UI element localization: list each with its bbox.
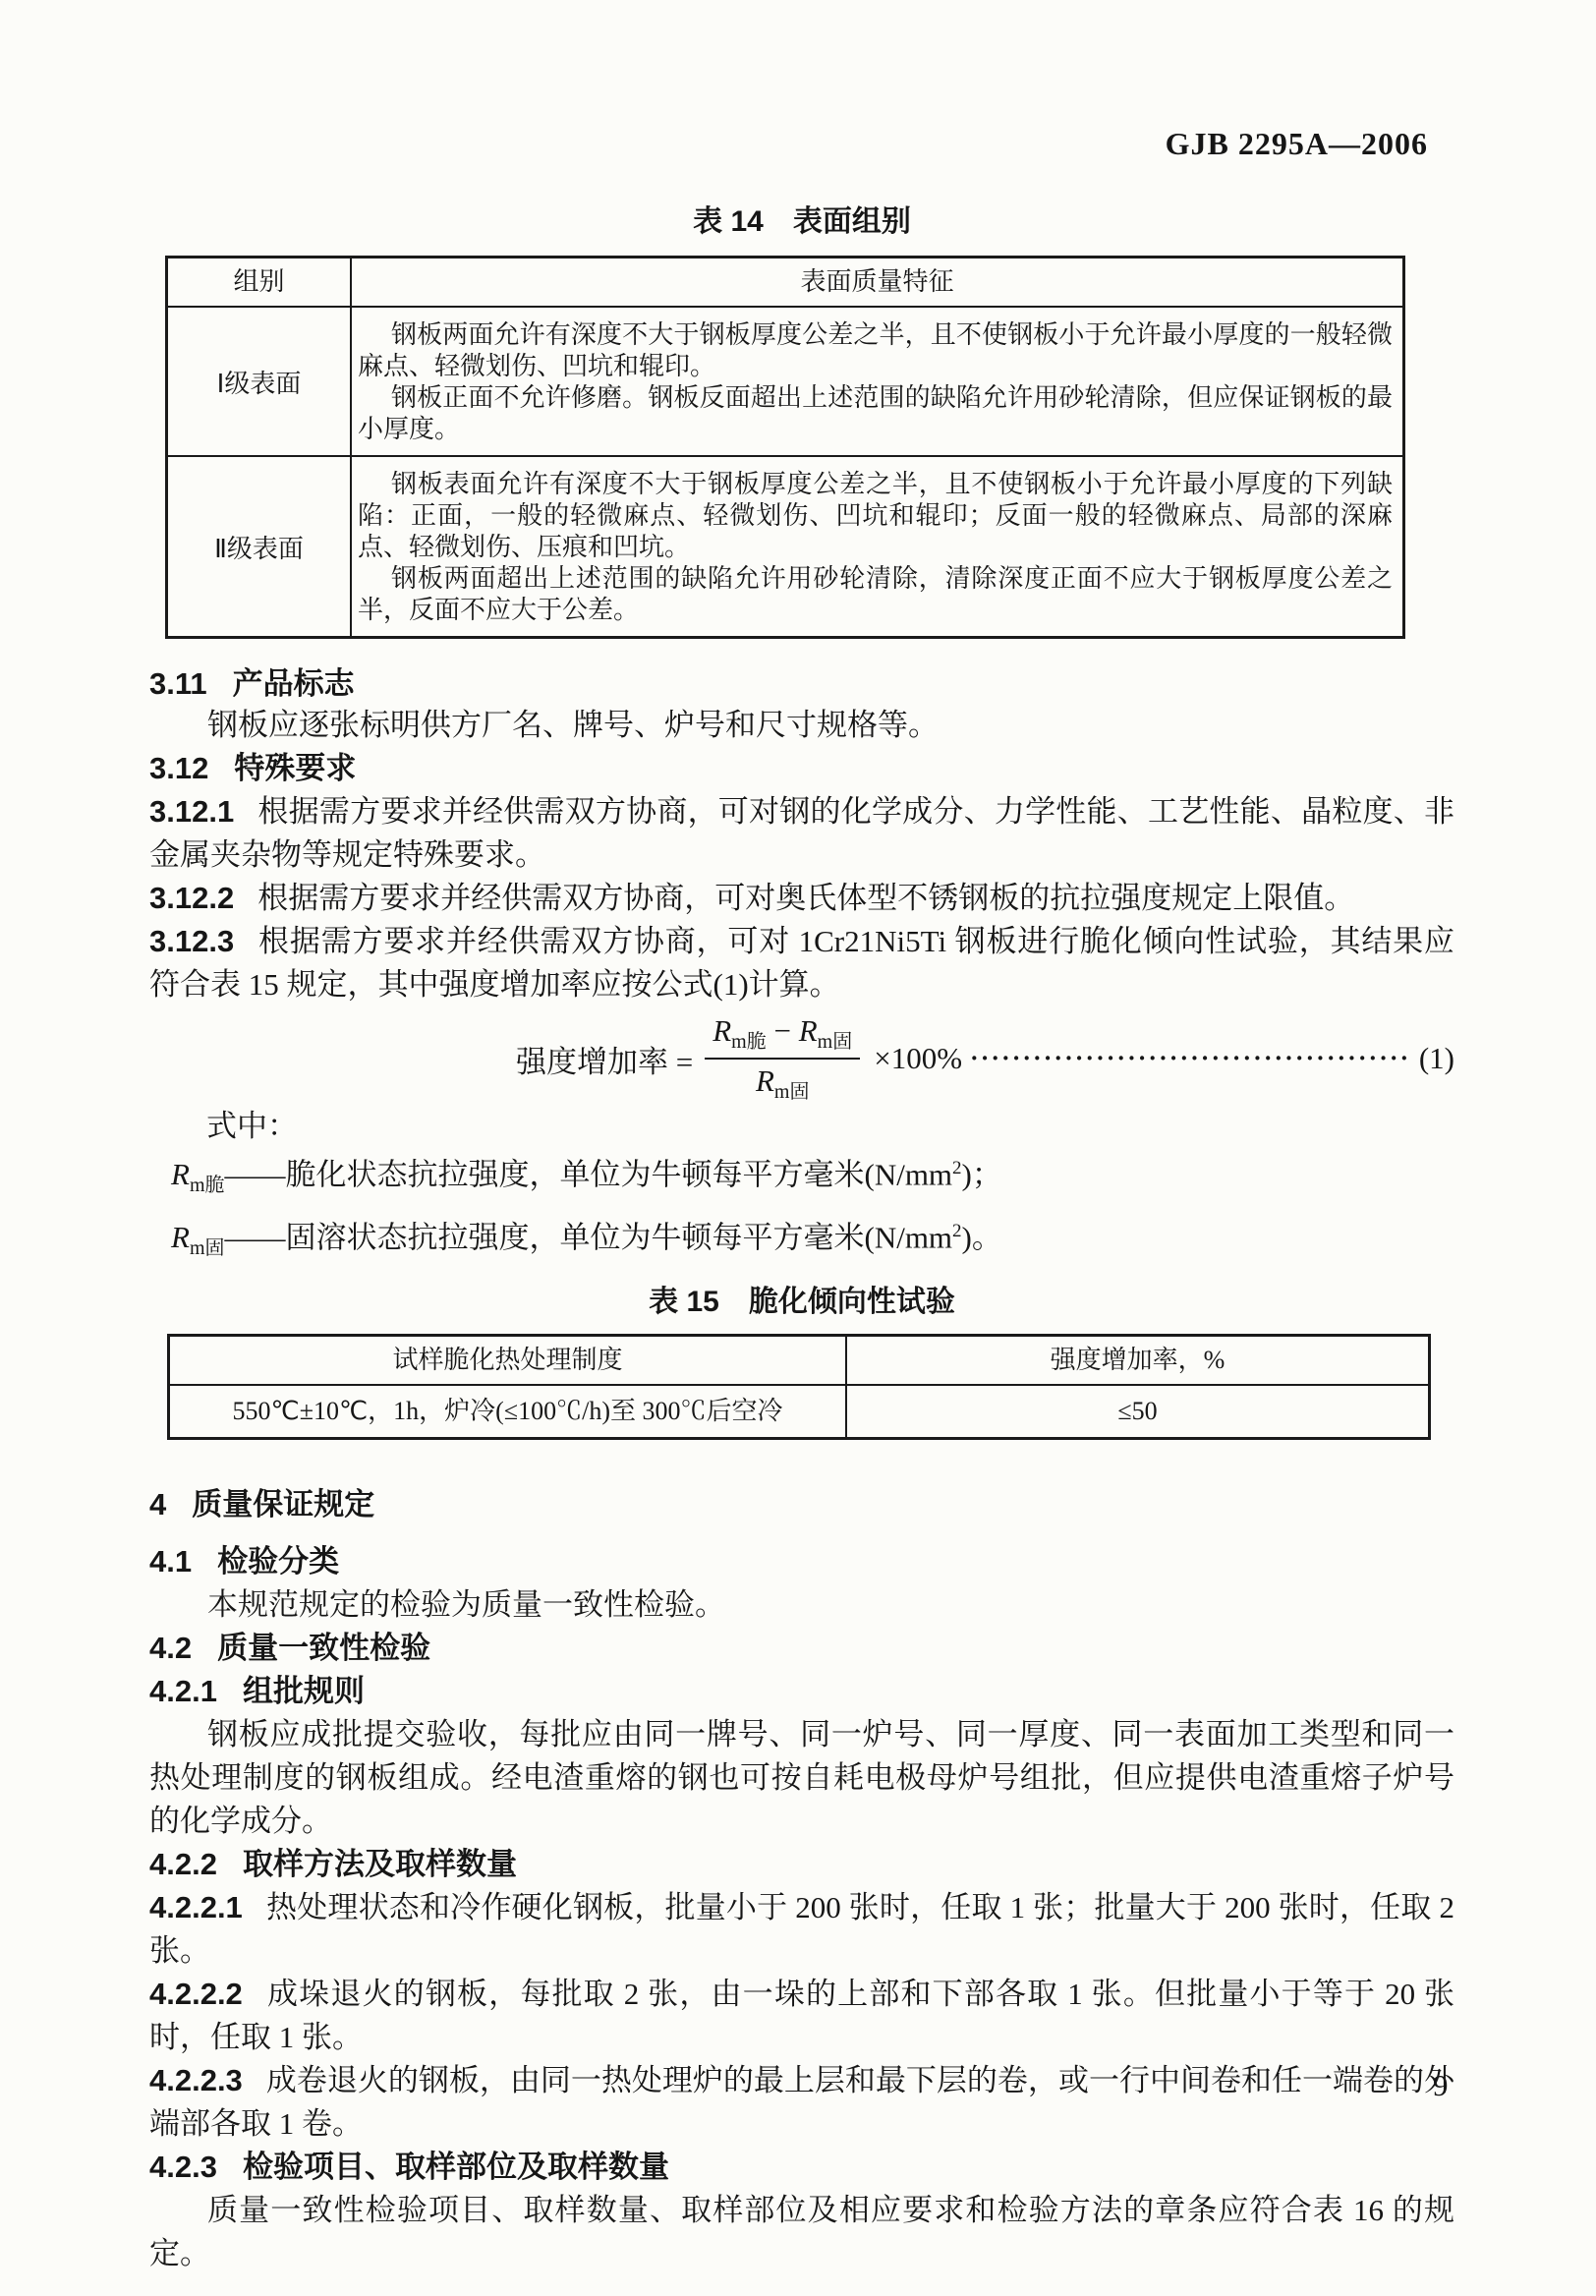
paragraph-4-1: 本规范规定的检验为质量一致性检验。 xyxy=(149,1583,1454,1627)
table14-row1-group: Ⅰ级表面 xyxy=(167,307,352,456)
heading-4-2-2: 4.2.2取样方法及取样数量 xyxy=(149,1843,1454,1886)
formula-strength-increase-rate: 强度增加率 = Rm脆 − Rm固 Rm固 ×100% ············… xyxy=(516,1014,1454,1103)
document-page: GJB 2295A—2006 表 14 表面组别 组别 表面质量特征 Ⅰ级表面 … xyxy=(0,0,1596,2296)
heading-title: 质量保证规定 xyxy=(192,1487,374,1521)
table14-header-row: 组别 表面质量特征 xyxy=(167,258,1404,308)
formula-lhs: 强度增加率 = xyxy=(516,1037,693,1081)
paragraph-text: 成垛退火的钢板，每批取 2 张，由一垛的上部和下部各取 1 张。但批量小于等于 … xyxy=(149,1977,1454,2054)
where-definition-2: Rm固——固溶状态抗拉强度，单位为牛顿每平方毫米(N/mm2)。 xyxy=(171,1209,1454,1272)
paragraph-4-2-3: 质量一致性检验项目、取样数量、取样部位及相应要求和检验方法的章条应符合表 16 … xyxy=(149,2189,1454,2275)
heading-number: 3.11 xyxy=(149,666,207,701)
symbol-subscript: m脆 xyxy=(190,1176,225,1197)
table-row: 550℃±10℃，1h，炉冷(≤100℃/h)至 300℃后空冷 ≤50 xyxy=(169,1385,1430,1439)
paragraph-4-2-1: 钢板应成批提交验收，每批应由同一牌号、同一炉号、同一厚度、同一表面加工类型和同一… xyxy=(149,1713,1454,1843)
formula-fraction: Rm脆 − Rm固 Rm固 xyxy=(705,1013,860,1104)
table14-row1-paragraph2: 钢板正面不允许修磨。钢板反面超出上述范围的缺陷允许用砂轮清除，但应保证钢板的最小… xyxy=(358,382,1393,445)
heading-4: 4质量保证规定 xyxy=(149,1485,1454,1524)
table14-row2-paragraph1: 钢板表面允许有深度不大于钢板厚度公差之半，且不使钢板小于允许最小厚度的下列缺陷：… xyxy=(358,469,1393,563)
heading-4-1: 4.1检验分类 xyxy=(149,1540,1454,1583)
definition-tail: )； xyxy=(962,1157,1002,1191)
table15-row-regime: 550℃±10℃，1h，炉冷(≤100℃/h)至 300℃后空冷 xyxy=(169,1385,847,1439)
heading-title: 产品标志 xyxy=(233,666,355,701)
definition-tail: )。 xyxy=(962,1220,1002,1254)
minus-sign: − xyxy=(773,1013,790,1048)
paragraph-number: 4.2.2.2 xyxy=(149,1977,243,2011)
heading-title: 取样方法及取样数量 xyxy=(243,1847,517,1881)
heading-number: 4.2.2 xyxy=(149,1847,217,1881)
symbol-subscript: m脆 xyxy=(731,1031,767,1053)
paragraph-number: 3.12.3 xyxy=(149,924,234,958)
table14-row2-group: Ⅱ级表面 xyxy=(167,456,352,638)
table14-header-group: 组别 xyxy=(167,258,352,308)
page-number: 9 xyxy=(1433,2066,1449,2105)
paragraph-4-2-2-3: 4.2.2.3成卷退火的钢板，由同一热处理炉的最上层和最下层的卷，或一行中间卷和… xyxy=(149,2059,1454,2146)
definition-dash: —— xyxy=(225,1157,286,1191)
table15-row-value: ≤50 xyxy=(846,1385,1430,1439)
heading-4-2-3: 4.2.3检验项目、取样部位及取样数量 xyxy=(149,2146,1454,2189)
symbol-subscript: m固 xyxy=(190,1237,225,1259)
heading-4-2-1: 4.2.1组批规则 xyxy=(149,1670,1454,1713)
definition-dash: —— xyxy=(225,1220,286,1254)
heading-number: 4 xyxy=(149,1487,166,1521)
where-label: 式中： xyxy=(206,1107,1454,1146)
heading-title: 检验项目、取样部位及取样数量 xyxy=(243,2150,669,2184)
heading-number: 4.2.1 xyxy=(149,1674,217,1708)
paragraph-3-12-2: 3.12.2根据需方要求并经供需双方协商，可对奥氏体型不锈钢板的抗拉强度规定上限… xyxy=(149,877,1454,920)
table15-header-rate: 强度增加率，% xyxy=(846,1336,1430,1386)
heading-3-11: 3.11产品标志 xyxy=(149,664,1454,704)
paragraph-text: 根据需方要求并经供需双方协商，可对奥氏体型不锈钢板的抗拉强度规定上限值。 xyxy=(257,881,1354,915)
table14: 组别 表面质量特征 Ⅰ级表面 钢板两面允许有深度不大于钢板厚度公差之半，且不使钢… xyxy=(165,256,1405,639)
table14-row2-feature: 钢板表面允许有深度不大于钢板厚度公差之半，且不使钢板小于允许最小厚度的下列缺陷：… xyxy=(351,456,1404,638)
paragraph-4-2-2-1: 4.2.2.1热处理状态和冷作硬化钢板，批量小于 200 张时，任取 1 张；批… xyxy=(149,1886,1454,1973)
paragraph-text: 热处理状态和冷作硬化钢板，批量小于 200 张时，任取 1 张；批量大于 200… xyxy=(149,1890,1454,1968)
superscript-2: 2 xyxy=(952,1221,962,1241)
table14-row1-feature: 钢板两面允许有深度不大于钢板厚度公差之半，且不使钢板小于允许最小厚度的一般轻微麻… xyxy=(351,307,1404,456)
table15-title: 表 15 脆化倾向性试验 xyxy=(149,1285,1454,1320)
heading-number: 4.2 xyxy=(149,1631,192,1665)
table15-header-row: 试样脆化热处理制度 强度增加率，% xyxy=(169,1336,1430,1386)
formula-multiplier: ×100% xyxy=(874,1041,962,1076)
symbol-R: R xyxy=(171,1220,190,1254)
table15-header-regime: 试样脆化热处理制度 xyxy=(169,1336,847,1386)
paragraph-4-2-2-2: 4.2.2.2成垛退火的钢板，每批取 2 张，由一垛的上部和下部各取 1 张。但… xyxy=(149,1973,1454,2059)
superscript-2: 2 xyxy=(952,1158,962,1178)
definition-text: 固溶状态抗拉强度，单位为牛顿每平方毫米(N/mm xyxy=(286,1220,953,1254)
table14-header-feature: 表面质量特征 xyxy=(351,258,1404,308)
leader-dots: ········································… xyxy=(970,1044,1411,1073)
heading-4-2: 4.2质量一致性检验 xyxy=(149,1627,1454,1670)
definition-text: 脆化状态抗拉强度，单位为牛顿每平方毫米(N/mm xyxy=(286,1157,953,1191)
heading-title: 组批规则 xyxy=(243,1674,365,1708)
paragraph-3-12-3: 3.12.3根据需方要求并经供需双方协商，可对 1Cr21Ni5Ti 钢板进行脆… xyxy=(149,920,1454,1006)
heading-title: 质量一致性检验 xyxy=(217,1631,430,1665)
equation-number: (1) xyxy=(1419,1041,1454,1076)
paragraph-3-12-1: 3.12.1根据需方要求并经供需双方协商，可对钢的化学成分、力学性能、工艺性能、… xyxy=(149,790,1454,877)
formula-denominator: Rm固 xyxy=(756,1060,810,1104)
heading-number: 4.1 xyxy=(149,1544,192,1578)
table15: 试样脆化热处理制度 强度增加率，% 550℃±10℃，1h，炉冷(≤100℃/h… xyxy=(167,1334,1431,1440)
symbol-R: R xyxy=(712,1013,731,1048)
table14-row1-paragraph1: 钢板两面允许有深度不大于钢板厚度公差之半，且不使钢板小于允许最小厚度的一般轻微麻… xyxy=(358,319,1393,382)
table-row: Ⅰ级表面 钢板两面允许有深度不大于钢板厚度公差之半，且不使钢板小于允许最小厚度的… xyxy=(167,307,1404,456)
paragraph-text: 根据需方要求并经供需双方协商，可对 1Cr21Ni5Ti 钢板进行脆化倾向性试验… xyxy=(149,924,1454,1002)
paragraph-number: 4.2.2.3 xyxy=(149,2063,243,2097)
symbol-R: R xyxy=(171,1157,190,1191)
paragraph-text: 根据需方要求并经供需双方协商，可对钢的化学成分、力学性能、工艺性能、晶粒度、非金… xyxy=(149,794,1454,872)
heading-3-12: 3.12特殊要求 xyxy=(149,747,1454,790)
symbol-subscript: m固 xyxy=(774,1081,810,1103)
paragraph-text: 成卷退火的钢板，由同一热处理炉的最上层和最下层的卷，或一行中间卷和任一端卷的外端… xyxy=(149,2063,1454,2141)
paragraph-number: 4.2.2.1 xyxy=(149,1890,243,1924)
heading-number: 4.2.3 xyxy=(149,2150,217,2184)
where-definition-1: Rm脆——脆化状态抗拉强度，单位为牛顿每平方毫米(N/mm2)； xyxy=(171,1146,1454,1209)
symbol-subscript: m固 xyxy=(818,1031,853,1053)
symbol-R: R xyxy=(799,1013,818,1048)
symbol-R: R xyxy=(756,1063,774,1098)
table14-row2-paragraph2: 钢板两面超出上述范围的缺陷允许用砂轮清除，清除深度正面不应大于钢板厚度公差之半，… xyxy=(358,563,1393,626)
formula-numerator: Rm脆 − Rm固 xyxy=(705,1013,860,1060)
paragraph-number: 3.12.2 xyxy=(149,881,234,915)
table14-title: 表 14 表面组别 xyxy=(149,204,1454,240)
table-row: Ⅱ级表面 钢板表面允许有深度不大于钢板厚度公差之半，且不使钢板小于允许最小厚度的… xyxy=(167,456,1404,638)
paragraph-3-11: 钢板应逐张标明供方厂名、牌号、炉号和尺寸规格等。 xyxy=(149,704,1454,747)
paragraph-number: 3.12.1 xyxy=(149,794,234,829)
standard-number: GJB 2295A—2006 xyxy=(149,124,1454,163)
heading-number: 3.12 xyxy=(149,751,208,785)
heading-title: 检验分类 xyxy=(217,1544,339,1578)
heading-title: 特殊要求 xyxy=(234,751,356,785)
